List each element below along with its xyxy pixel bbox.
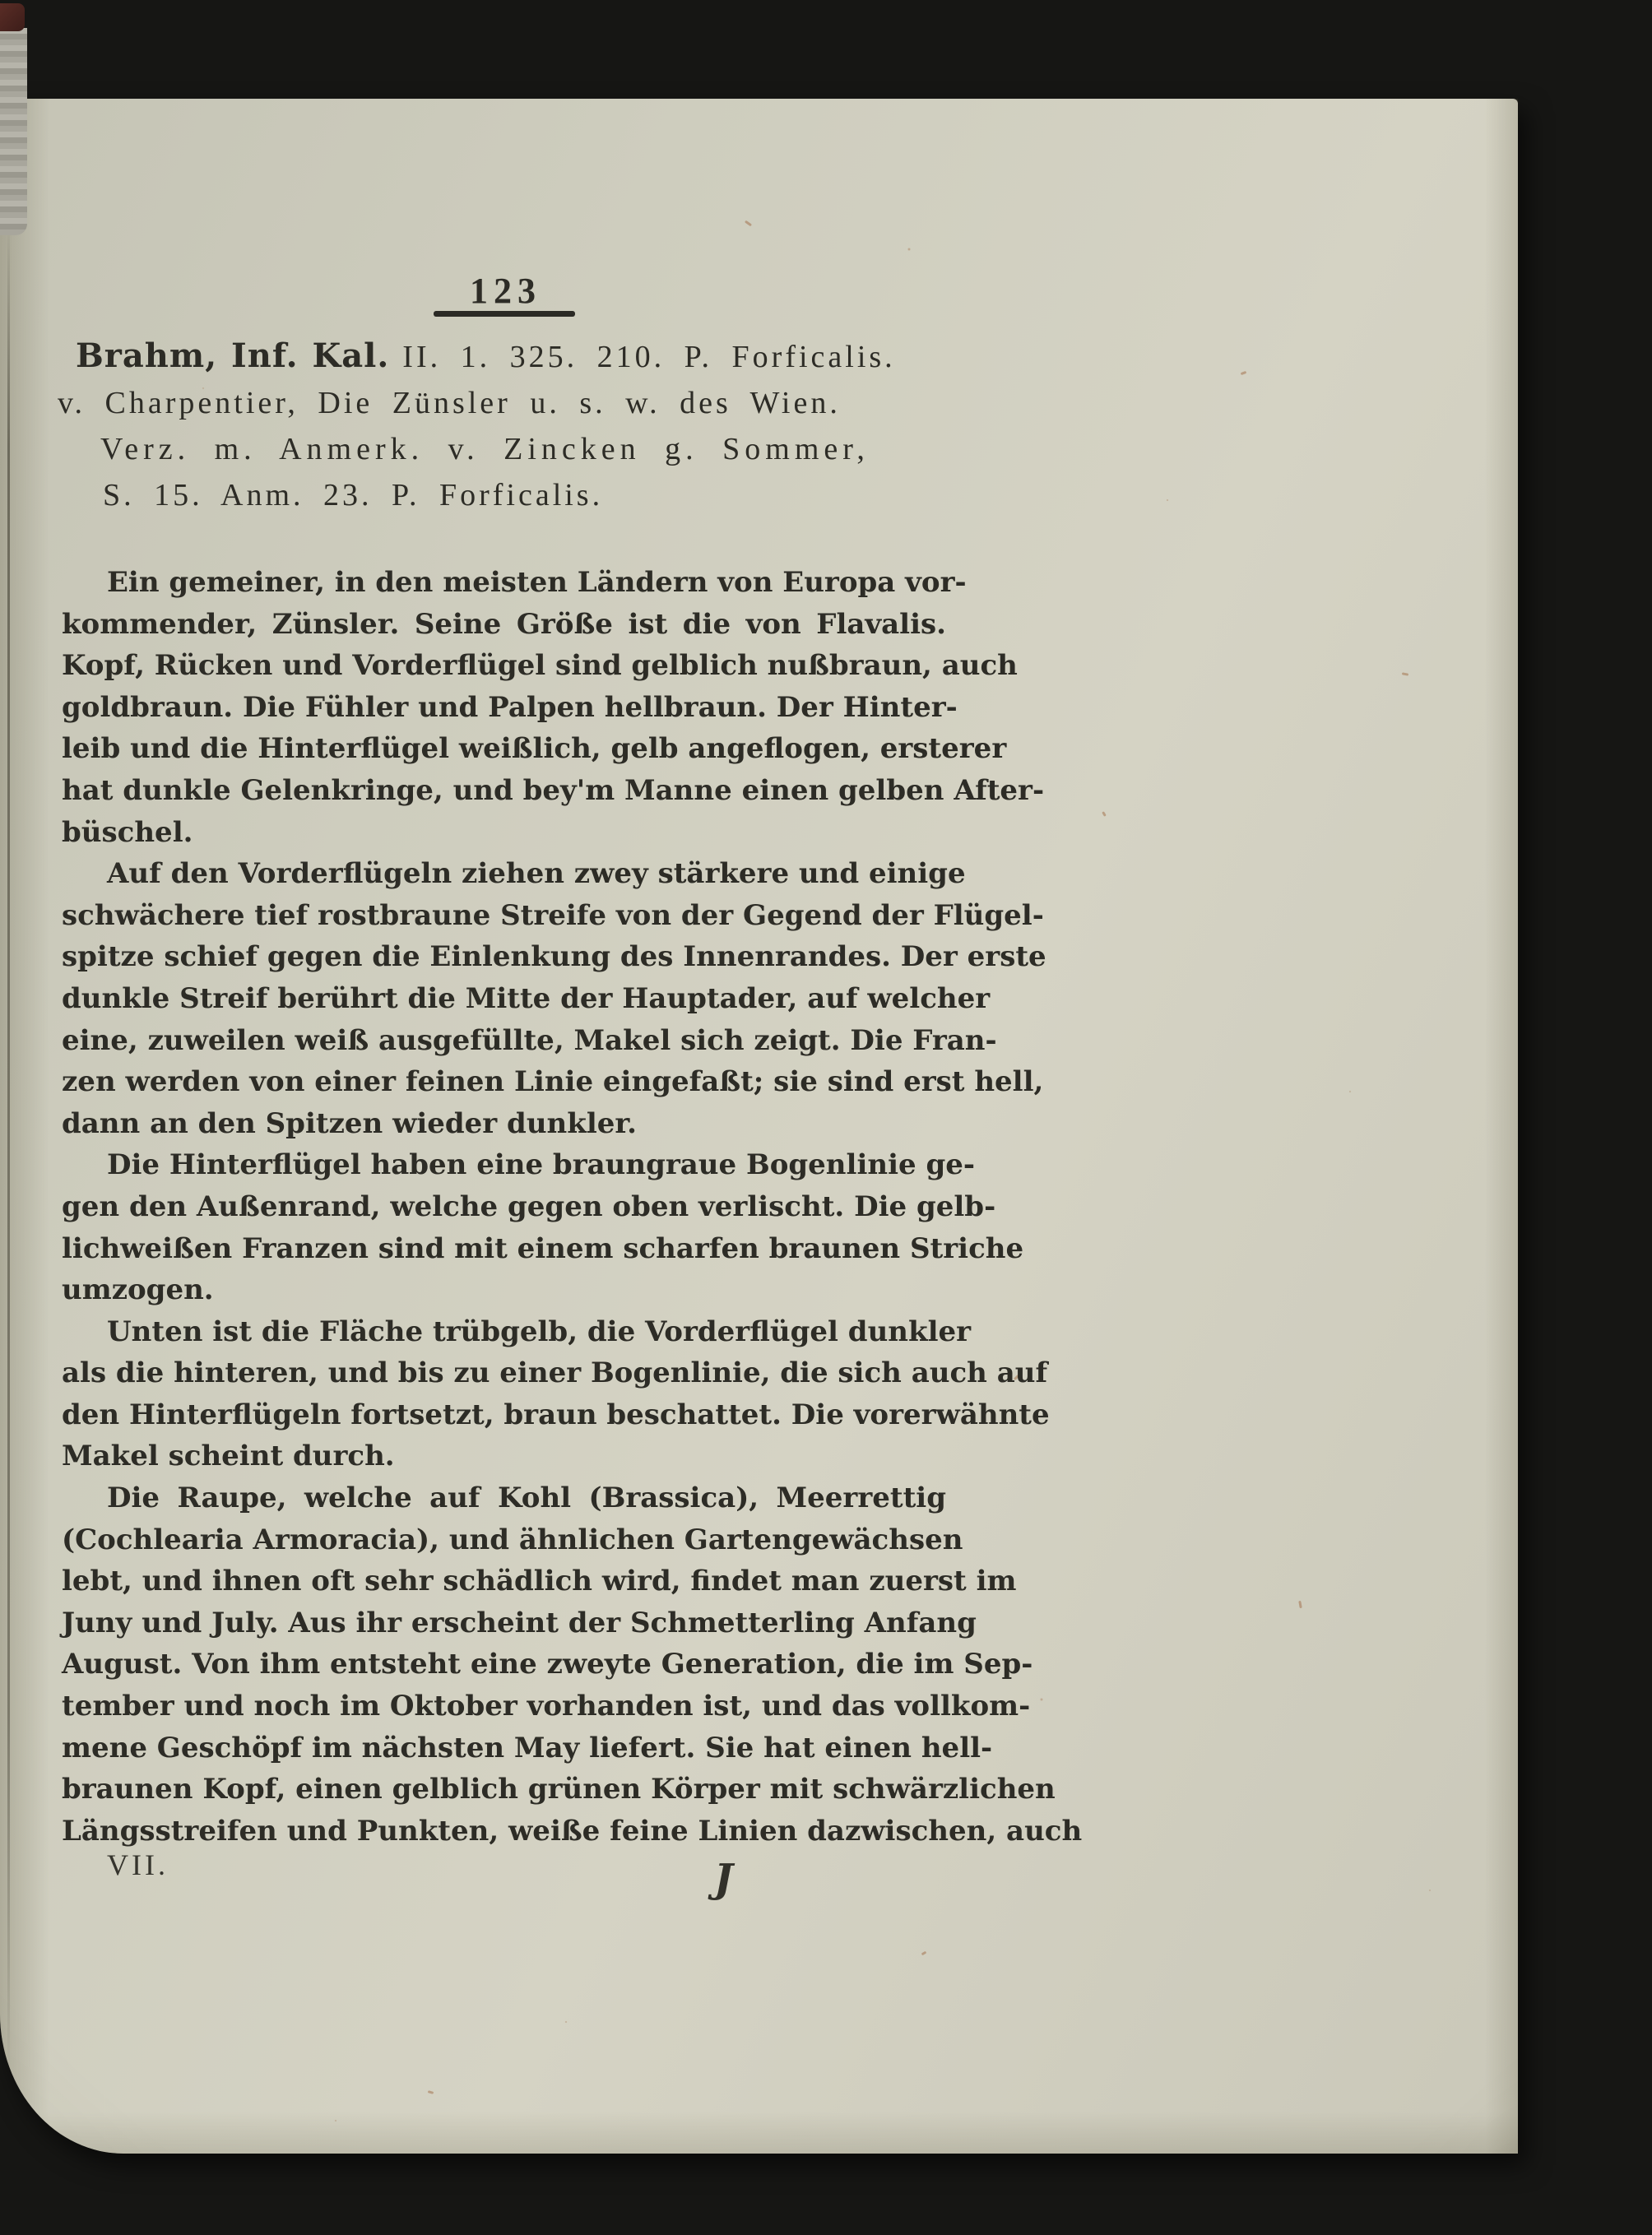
paper-fleck — [1298, 1601, 1302, 1608]
text-line: büschel. — [62, 812, 946, 854]
text-line: zen werden von einer feinen Linie eingef… — [62, 1061, 946, 1103]
text-line: dann an den Spitzen wieder dunkler. — [62, 1103, 946, 1145]
text-line: tember und noch im Oktober vorhanden ist… — [62, 1686, 946, 1727]
text-line: Kopf, Rücken und Vorderflügel sind gelbl… — [62, 645, 946, 687]
citation-block: Brahm, Inf. Kal.II. 1. 325. 210. P. Forf… — [58, 333, 963, 518]
paper-fleck — [428, 2090, 434, 2094]
citation-line: Verz. m. Anmerk. v. Zincken g. Sommer, — [58, 426, 963, 472]
scanned-book-photo: 123 Brahm, Inf. Kal.II. 1. 325. 210. P. … — [0, 0, 1652, 2235]
text-line: schwächere tief rostbraune Streife von d… — [62, 895, 946, 937]
page-number-rule — [434, 311, 575, 317]
book-headband — [0, 3, 25, 31]
paper-fleck — [921, 1951, 927, 1956]
paper-fleck — [1102, 811, 1107, 817]
text-line: hat dunkle Gelenkringe, und bey'm Manne … — [62, 770, 946, 812]
gathering-signature: J — [714, 1856, 733, 1902]
page-number: 123 — [434, 270, 578, 312]
book-page: 123 Brahm, Inf. Kal.II. 1. 325. 210. P. … — [0, 99, 1518, 2154]
text-line: braunen Kopf, einen gelblich grünen Körp… — [62, 1769, 946, 1811]
text-line: umzogen. — [62, 1269, 946, 1311]
citation-line: S. 15. Anm. 23. P. Forficalis. — [58, 472, 963, 518]
text-line: spitze schief gegen die Einlenkung des I… — [62, 936, 946, 978]
paper-fleck — [745, 220, 752, 227]
text-line: lichweißen Franzen sind mit einem scharf… — [62, 1228, 946, 1270]
text-line: kommender, Zünsler. Seine Größe ist die … — [62, 604, 946, 646]
text-line: eine, zuweilen weiß ausgefüllte, Makel s… — [62, 1020, 946, 1062]
citation-reference: II. 1. 325. 210. P. Forficalis. — [402, 340, 895, 374]
text-line: Juny und July. Aus ihr erscheint der Sch… — [62, 1602, 946, 1644]
text-line: Makel scheint durch. — [62, 1435, 946, 1477]
text-line: Auf den Vorderflügeln ziehen zwey stärke… — [62, 853, 946, 895]
text-line: den Hinterflügeln fortsetzt, braun besch… — [62, 1394, 946, 1436]
citation-line: v. Charpentier, Die Zünsler u. s. w. des… — [58, 380, 963, 426]
page-crease — [7, 222, 10, 2081]
text-line: goldbraun. Die Fühler und Palpen hellbra… — [62, 687, 946, 729]
text-line: als die hinteren, und bis zu einer Bogen… — [62, 1352, 946, 1394]
body-text: Ein gemeiner, in den meisten Ländern von… — [62, 562, 946, 1852]
citation-author: Brahm, Inf. Kal. — [76, 336, 389, 375]
text-line: Die Raupe, welche auf Kohl (Brassica), M… — [62, 1477, 946, 1519]
paper-fleck — [1402, 672, 1408, 675]
text-line: dunkle Streif berührt die Mitte der Haup… — [62, 978, 946, 1020]
text-line: lebt, und ihnen oft sehr schädlich wird,… — [62, 1560, 946, 1602]
volume-signature: VII. — [107, 1848, 169, 1882]
text-line: Die Hinterflügel haben eine braungraue B… — [62, 1144, 946, 1186]
text-line: mene Geschöpf im nächsten May liefert. S… — [62, 1727, 946, 1769]
text-line: Längsstreifen und Punkten, weiße feine L… — [62, 1811, 946, 1852]
text-line: gen den Außenrand, welche gegen oben ver… — [62, 1186, 946, 1228]
text-line: Ein gemeiner, in den meisten Ländern von… — [62, 562, 946, 604]
paper-fleck — [1241, 371, 1247, 375]
book-spine-edge — [0, 28, 27, 235]
text-line: (Cochlearia Armoracia), und ähnlichen Ga… — [62, 1519, 946, 1561]
text-line: leib und die Hinterflügel weißlich, gelb… — [62, 728, 946, 770]
citation-line: Brahm, Inf. Kal.II. 1. 325. 210. P. Forf… — [58, 333, 963, 380]
text-line: August. Von ihm entsteht eine zweyte Gen… — [62, 1644, 946, 1686]
text-line: Unten ist die Fläche trübgelb, die Vorde… — [62, 1311, 946, 1353]
